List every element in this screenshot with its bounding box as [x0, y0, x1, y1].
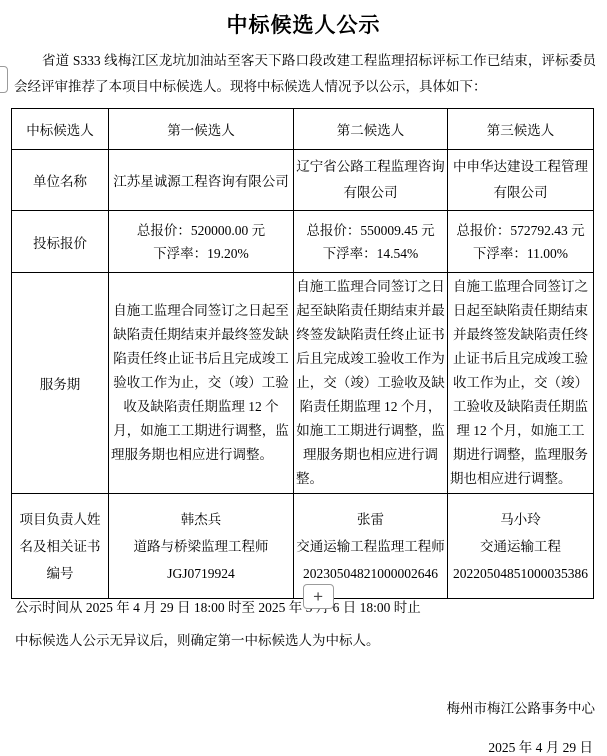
plus-button[interactable]: +	[303, 584, 334, 609]
bid-price-candidate-2: 总报价：550009.45 元 下浮率：14.54%	[294, 211, 448, 273]
manager-name-3: 马小玲	[450, 506, 591, 533]
page-title: 中标候选人公示	[0, 9, 607, 39]
service-period-candidate-3: 自施工监理合同签订之日起至缺陷责任期结束并最终签发缺陷责任终止证书后且完成竣工验…	[448, 273, 594, 494]
table-row-unit-name: 单位名称 江苏星诚源工程咨询有限公司 辽宁省公路工程监理咨询有限公司 中申华达建…	[12, 150, 594, 211]
header-first-candidate: 第一候选人	[109, 109, 294, 150]
publicity-time-prefix: 公示时间从 2025 年 4 月 29 日 18:00 时至 2025 年	[15, 600, 306, 615]
project-manager-label: 项目负责人姓名及相关证书编号	[12, 494, 109, 599]
manager-number-2: 20230504821000002646	[296, 560, 445, 587]
publicity-time-line: 公示时间从 2025 年 4 月 29 日 18:00 时至 2025 年 5 …	[15, 596, 595, 616]
table-header-row: 中标候选人 第一候选人 第二候选人 第三候选人	[12, 109, 594, 150]
confirmation-line: 中标候选人公示无异议后，则确定第一中标候选人为中标人。	[15, 629, 595, 649]
bid-price-candidate-1: 总报价：520000.00 元 下浮率：19.20%	[109, 211, 294, 273]
unit-name-candidate-2: 辽宁省公路工程监理咨询有限公司	[294, 150, 448, 211]
unit-name-candidate-3: 中申华达建设工程管理有限公司	[448, 150, 594, 211]
bid-rate-1: 下浮率：19.20%	[111, 242, 291, 265]
bid-total-1: 总报价：520000.00 元	[111, 219, 291, 242]
header-candidate-label: 中标候选人	[12, 109, 109, 150]
issuing-organization: 梅州市梅江公路事务中心	[447, 697, 596, 717]
bid-rate-3: 下浮率：11.00%	[450, 242, 591, 265]
manager-number-3: 20220504851000035386	[450, 560, 591, 587]
manager-name-2: 张雷	[296, 506, 445, 533]
candidates-table: 中标候选人 第一候选人 第二候选人 第三候选人 单位名称 江苏星诚源工程咨询有限…	[11, 108, 594, 599]
bid-rate-2: 下浮率：14.54%	[296, 242, 445, 265]
bid-total-3: 总报价：572792.43 元	[450, 219, 591, 242]
header-third-candidate: 第三候选人	[448, 109, 594, 150]
manager-cert-2: 交通运输工程监理工程师	[296, 533, 445, 560]
issue-date: 2025 年 4 月 29 日	[488, 736, 593, 756]
publicity-time-obscured: 5 月+	[306, 596, 330, 616]
table-row-bid-price: 投标报价 总报价：520000.00 元 下浮率：19.20% 总报价：5500…	[12, 211, 594, 273]
project-manager-candidate-3: 马小玲 交通运输工程 20220504851000035386	[448, 494, 594, 599]
table-row-service-period: 服务期 自施工监理合同签订之日起至缺陷责任期结束并最终签发缺陷责任终止证书后且完…	[12, 273, 594, 494]
bid-total-2: 总报价：550009.45 元	[296, 219, 445, 242]
publicity-time-suffix: 6 日 18:00 时止	[329, 600, 421, 615]
project-manager-candidate-1: 韩杰兵 道路与桥梁监理工程师 JGJ0719924	[109, 494, 294, 599]
bid-price-candidate-3: 总报价：572792.43 元 下浮率：11.00%	[448, 211, 594, 273]
manager-cert-3: 交通运输工程	[450, 533, 591, 560]
intro-paragraph: 省道 S333 线梅江区龙坑加油站至客天下路口段改建工程监理招标评标工作已结束，…	[14, 48, 596, 100]
service-period-candidate-1: 自施工监理合同签订之日起至缺陷责任期结束并最终签发缺陷责任终止证书后且完成竣工验…	[109, 273, 294, 494]
table-row-project-manager: 项目负责人姓名及相关证书编号 韩杰兵 道路与桥梁监理工程师 JGJ0719924…	[12, 494, 594, 599]
unit-name-label: 单位名称	[12, 150, 109, 211]
manager-cert-1: 道路与桥梁监理工程师	[111, 533, 291, 560]
announcement-document: 中标候选人公示 省道 S333 线梅江区龙坑加油站至客天下路口段改建工程监理招标…	[0, 0, 607, 756]
header-second-candidate: 第二候选人	[294, 109, 448, 150]
manager-number-1: JGJ0719924	[111, 560, 291, 587]
left-edge-partial-button[interactable]	[0, 66, 8, 93]
project-manager-candidate-2: 张雷 交通运输工程监理工程师 20230504821000002646	[294, 494, 448, 599]
bid-price-label: 投标报价	[12, 211, 109, 273]
service-period-candidate-2: 自施工监理合同签订之日起至缺陷责任期结束并最终签发缺陷责任终止证书后且完成竣工验…	[294, 273, 448, 494]
manager-name-1: 韩杰兵	[111, 506, 291, 533]
unit-name-candidate-1: 江苏星诚源工程咨询有限公司	[109, 150, 294, 211]
service-period-label: 服务期	[12, 273, 109, 494]
